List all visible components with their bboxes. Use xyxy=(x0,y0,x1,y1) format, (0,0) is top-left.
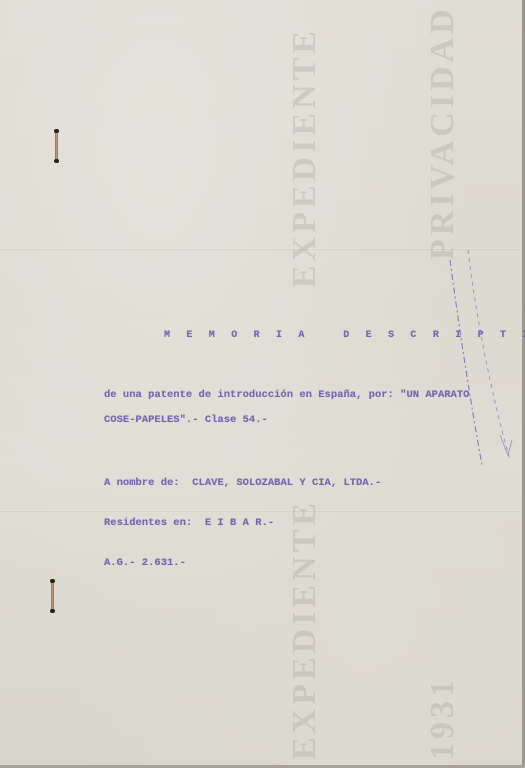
pen-mark-icon xyxy=(420,240,525,480)
scanned-page: EXPEDIENTE PRIVACIDAD EXPEDIENTE 1931 M … xyxy=(0,0,525,768)
applicant-label: A nombre de: xyxy=(104,477,180,489)
reference-number: A.G.- 2.631.- xyxy=(104,557,186,569)
paper-fold xyxy=(0,510,525,512)
body-line: de una patente de introducción en España… xyxy=(104,389,469,401)
bleed-through-text: EXPEDIENTE xyxy=(286,590,324,760)
bleed-through-text: EXPEDIENTE xyxy=(286,18,324,288)
bleed-through-text: PRIVACIDAD xyxy=(424,60,462,260)
residence-label: Residentes en: xyxy=(104,517,192,529)
document-title: M E M O R I A D E S C R I P T I V A xyxy=(164,330,525,341)
body-line: COSE-PAPELES".- Clase 54.- xyxy=(104,414,268,426)
residence-value: E I B A R.- xyxy=(205,517,274,529)
bleed-through-text: 1931 xyxy=(424,630,462,760)
applicant-value: CLAVE, SOLOZABAL Y CIA, LTDA.- xyxy=(192,477,381,489)
applicant-line: A nombre de: CLAVE, SOLOZABAL Y CIA, LTD… xyxy=(104,477,381,489)
staple-icon xyxy=(51,580,54,612)
staple-icon xyxy=(55,130,58,162)
residence-line: Residentes en: E I B A R.- xyxy=(104,517,274,529)
